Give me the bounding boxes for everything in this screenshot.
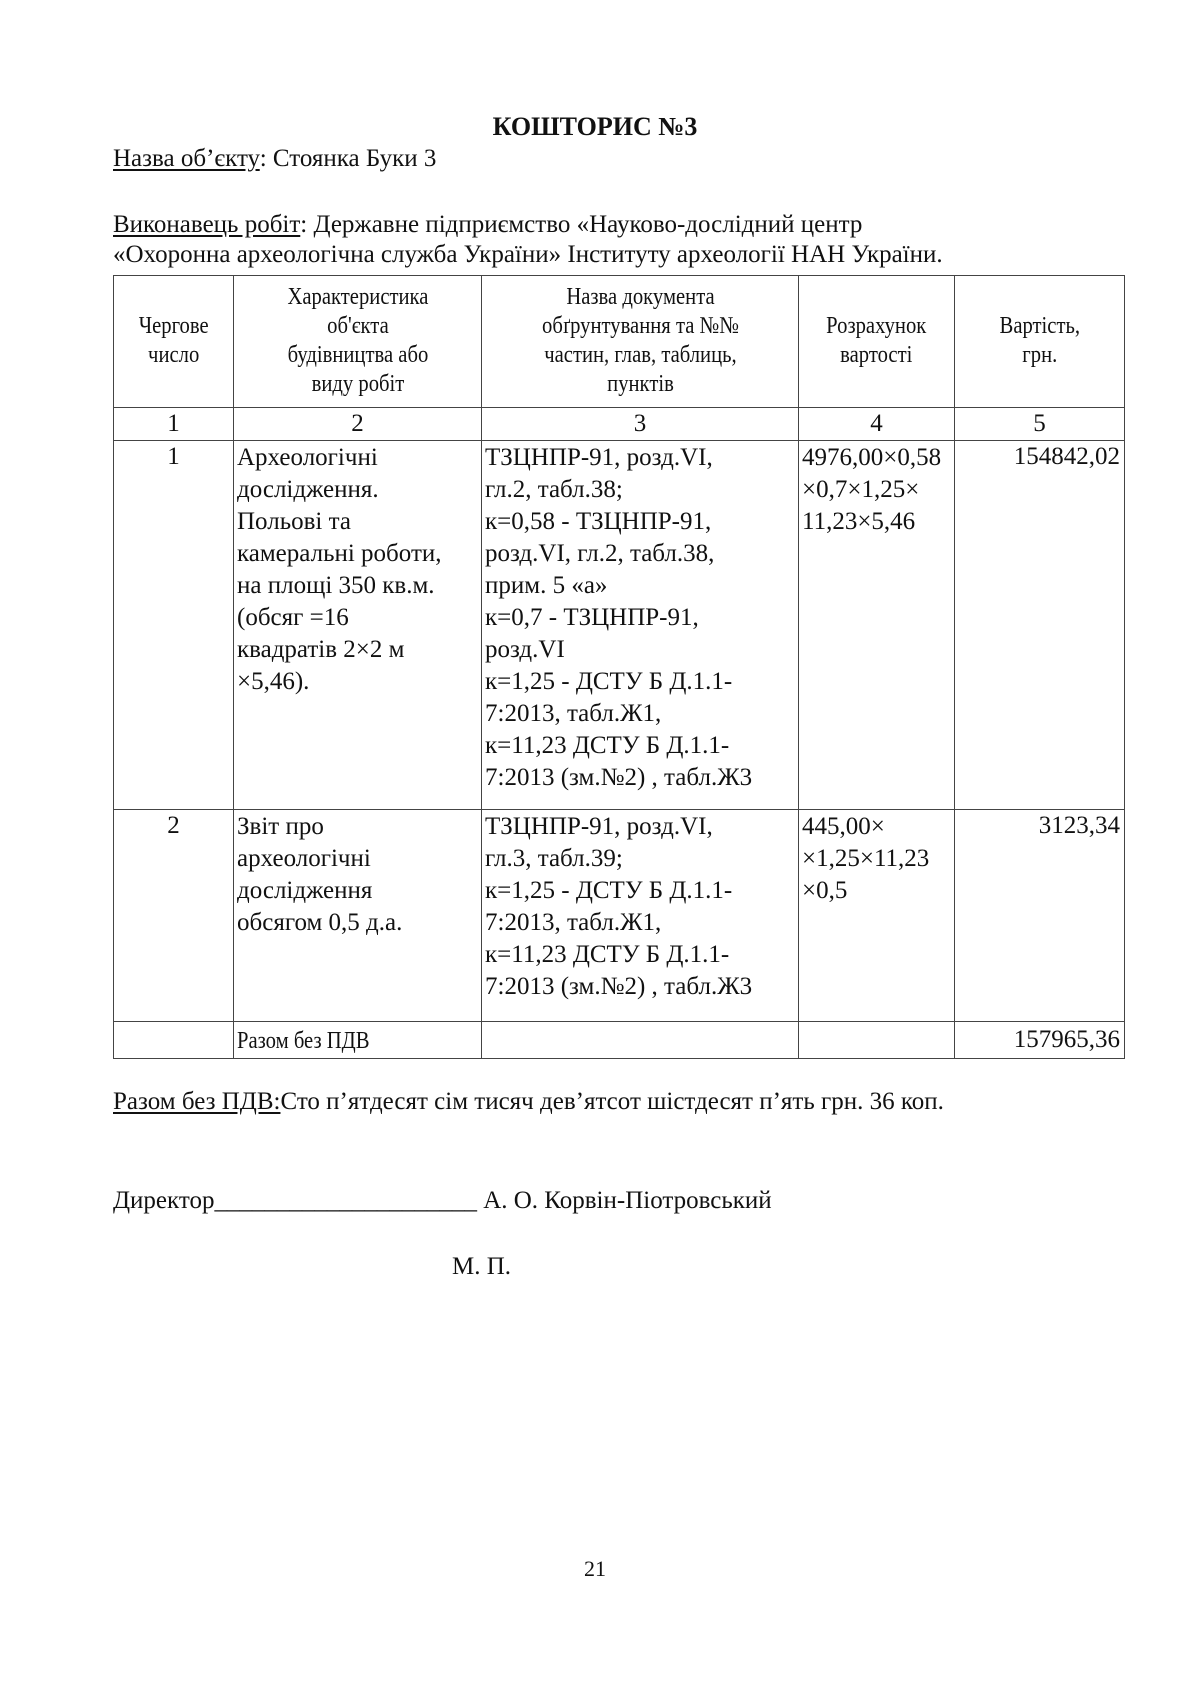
signature-role: Директор	[113, 1187, 214, 1214]
table-row: 2 Звіт про археологічні дослідження обся…	[114, 810, 1125, 1022]
column-number: 1	[114, 408, 234, 441]
total-label: Разом без ПДВ	[237, 1025, 370, 1057]
row-basis: ТЗЦНПР-91, розд.VI, гл.3, табл.39; к=1,2…	[482, 810, 799, 1022]
contractor-line-1: Виконавець робіт: Державне підприємство …	[113, 211, 862, 239]
header-cell: Характеристика об'єкта будівництва або в…	[234, 276, 482, 408]
column-number-row: 1 2 3 4 5	[114, 408, 1125, 441]
column-number: 2	[234, 408, 482, 441]
row-description: Звіт про археологічні дослідження обсяго…	[234, 810, 482, 1022]
row-basis: ТЗЦНПР-91, розд.VI, гл.2, табл.38; к=0,5…	[482, 441, 799, 810]
row-number: 1	[114, 441, 234, 810]
contractor-value-1: : Державне підприємство «Науково-дослідн…	[300, 211, 862, 238]
column-number: 3	[482, 408, 799, 441]
signature-blank: _____________________	[214, 1187, 477, 1214]
object-name-value: : Стоянка Буки 3	[260, 145, 437, 172]
total-row: Разом без ПДВ 157965,36	[114, 1022, 1125, 1059]
row-number: 2	[114, 810, 234, 1022]
total-empty-cell	[114, 1022, 234, 1059]
total-cost: 157965,36	[955, 1022, 1125, 1059]
total-label-cell: Разом без ПДВ	[234, 1022, 482, 1059]
estimate-table: Чергове число Характеристика об'єкта буд…	[113, 275, 1125, 1059]
summary-label: Разом без ПДВ:	[113, 1088, 280, 1115]
column-number: 4	[799, 408, 955, 441]
header-cell: Назва документа обґрунтування та №№ част…	[482, 276, 799, 408]
header-cell: Чергове число	[114, 276, 234, 408]
object-name-label: Назва об’єкту	[113, 145, 260, 172]
stamp-placeholder: М. П.	[452, 1253, 511, 1281]
row-calculation: 445,00× ×1,25×11,23 ×0,5	[799, 810, 955, 1022]
row-cost: 154842,02	[955, 441, 1125, 810]
contractor-line-2: «Охоронна археологічна служба України» І…	[113, 241, 943, 269]
contractor-label: Виконавець робіт	[113, 211, 300, 238]
row-calculation: 4976,00×0,58 ×0,7×1,25× 11,23×5,46	[799, 441, 955, 810]
table-header-row: Чергове число Характеристика об'єкта буд…	[114, 276, 1125, 408]
total-empty-cell	[799, 1022, 955, 1059]
row-cost: 3123,34	[955, 810, 1125, 1022]
column-number: 5	[955, 408, 1125, 441]
total-empty-cell	[482, 1022, 799, 1059]
signature-line: Директор_____________________ А. О. Корв…	[113, 1187, 772, 1215]
header-cell: Вартість, грн.	[955, 276, 1125, 408]
summary-text: Сто п’ятдесят сім тисяч дев’ятсот шістде…	[280, 1088, 943, 1115]
table-row: 1 Археологічні дослідження. Польові та к…	[114, 441, 1125, 810]
signature-name: А. О. Корвін-Піотровський	[477, 1187, 772, 1214]
document-title: КОШТОРИС №3	[0, 112, 1190, 142]
page-number: 21	[0, 1556, 1190, 1582]
object-name-line: Назва об’єкту: Стоянка Буки 3	[113, 145, 436, 173]
row-description: Археологічні дослідження. Польові та кам…	[234, 441, 482, 810]
summary-line: Разом без ПДВ:Сто п’ятдесят сім тисяч де…	[113, 1088, 944, 1116]
header-cell: Розрахунок вартості	[799, 276, 955, 408]
